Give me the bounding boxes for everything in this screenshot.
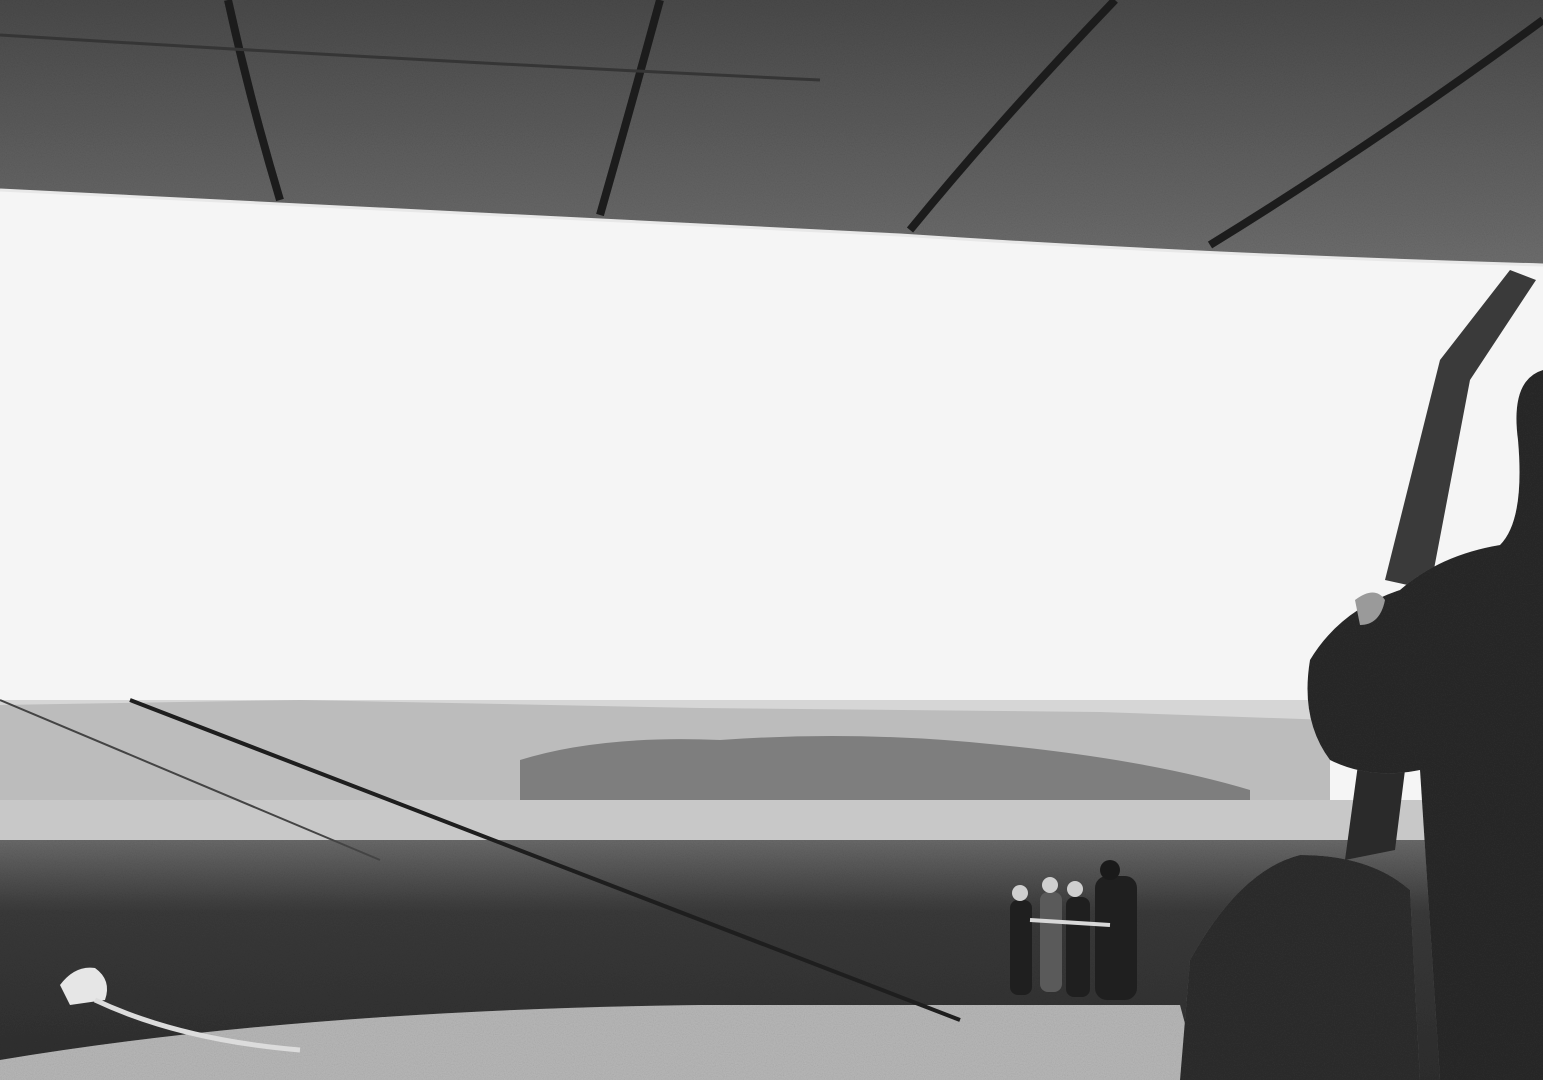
historical-photograph: [0, 0, 1543, 1080]
photo-illustration: [0, 0, 1543, 1080]
